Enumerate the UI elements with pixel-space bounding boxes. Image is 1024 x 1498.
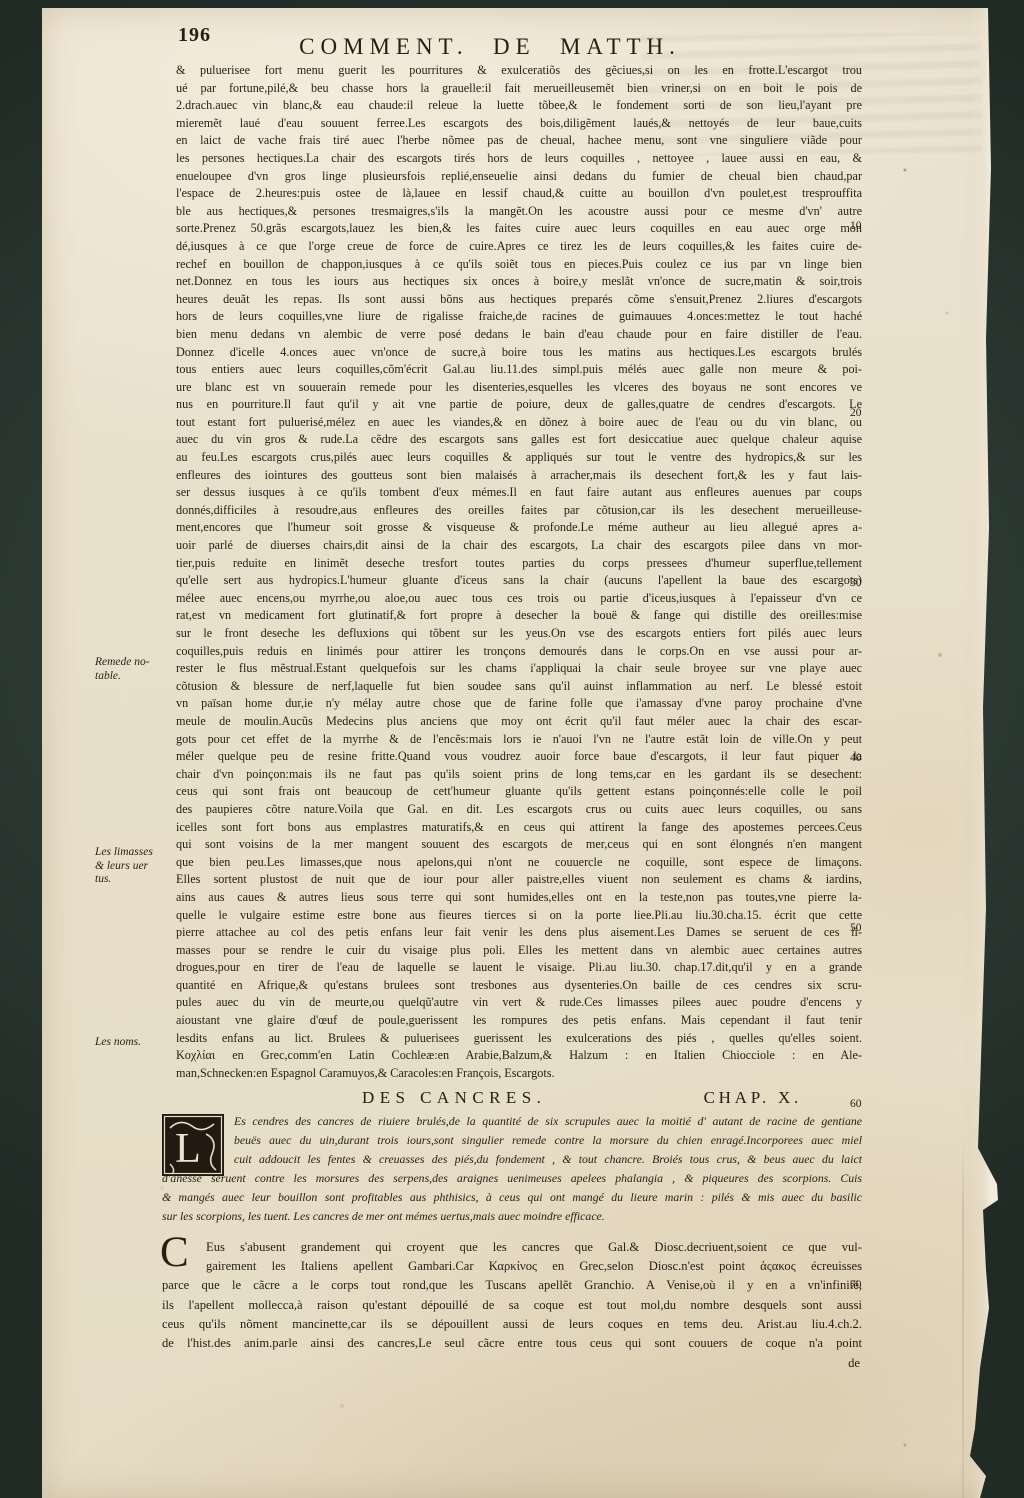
book-page: 196 COMMENT. DE MATTH. & puluerisee fort… <box>42 8 998 1498</box>
text-line: nus en pourriture.Il faut qu'il y ait vn… <box>176 396 862 414</box>
text-line: des paupieres cõtre nature.Voila que Gal… <box>176 801 862 819</box>
body-text: & puluerisee fort menu guerit les pourri… <box>176 62 862 1082</box>
paragraph-line: parce que le cãcre a le corps tout rond,… <box>162 1276 862 1295</box>
text-line: uoir parlé de diuerses chairs,dit ainsi … <box>176 537 862 555</box>
text-line: gots pour cet effet de la myrrhe & de l'… <box>176 731 862 749</box>
paragraph-line: ils l'apellent mollecca,à raison qu'esta… <box>162 1296 862 1315</box>
text-line: hors de leurs coquilles,vne liure de rig… <box>176 308 862 326</box>
deckle-edge <box>968 8 998 1498</box>
chapter-heading: DES CANCRES. CHAP. X. <box>162 1088 862 1108</box>
line-number: 20 <box>850 407 862 419</box>
text-line: tous entiers auec leurs coquilles,cõm'éc… <box>176 361 862 379</box>
text-line: mieremẽt laué d'eau souuent ferree.Les e… <box>176 115 862 133</box>
text-line: coquilles,puis reduis en linimés pour at… <box>176 643 862 661</box>
paragraph-line: ceus qu'ils nõment mancinette,car ils se… <box>162 1315 862 1334</box>
text-line: rat,est vn medicament fort glutinatif,& … <box>176 607 862 625</box>
text-line: enueloupee d'vn gros linge plusieursfois… <box>176 168 862 186</box>
text-line: quelle le vulgaire estime estre bone aus… <box>176 907 862 925</box>
margin-note-remede-notable: Remede no-table. <box>95 656 179 683</box>
text-line: cõtusion & blessure de nerf,laquelle fut… <box>176 678 862 696</box>
text-line: bien menu dedans vn alembic de verre pos… <box>176 326 862 344</box>
text-line: net.Donnez en tous les iours aus hectiqu… <box>176 273 862 291</box>
text-line: ment,encores que l'humeur soit grosse & … <box>176 519 862 537</box>
margin-note-line: & leurs uer <box>95 860 179 874</box>
intro-line: sur les scorpions, les tuent. Les cancre… <box>162 1207 862 1226</box>
text-line: tier,puis reduite en linimẽt deseche tre… <box>176 555 862 573</box>
commentary-paragraph: C Eus s'abusent grandement qui croyent q… <box>162 1238 862 1371</box>
text-line: man,Schnecken:en Espagnol Caramuyos,& Ca… <box>176 1065 862 1083</box>
paper-crease <box>962 1138 964 1498</box>
text-line: Elles sortent plustost de nuit que de io… <box>176 871 862 889</box>
intro-line: Es cendres des cancres de riuiere brulés… <box>234 1112 862 1131</box>
text-line: 2.drach.auec vin blanc,& eau chaude:il r… <box>176 97 862 115</box>
margin-note-les-limasses: Les limasses& leurs uertus. <box>95 846 179 887</box>
text-line: Κοχλίαι en Grec,comm'en Latin Cochleæ:en… <box>176 1047 862 1065</box>
text-line: mélee auec encens,ou myrrhe,ou aloe,ou a… <box>176 590 862 608</box>
text-line: tout estant fort puluerisé,mélez en auec… <box>176 414 862 432</box>
intro-line: beuës auec du uin,durant trois iours,son… <box>234 1131 862 1150</box>
text-line: ains aus caues & autres lieus sous terre… <box>176 889 862 907</box>
paragraph-line: de l'hist.des anim.parle ainsi des cancr… <box>162 1334 862 1353</box>
text-line: Donnez d'icelle 4.onces auec vn'once de … <box>176 344 862 362</box>
text-line: drogues,pour en tirer de l'eau de laquel… <box>176 959 862 977</box>
text-line: chair d'vn poinçon:mais ils ne faut pas … <box>176 766 862 784</box>
drop-cap-initial: C <box>160 1231 189 1274</box>
running-title: COMMENT. DE MATTH. <box>42 34 938 60</box>
text-line: auec du vin gros & rude.La cẽdre des esc… <box>176 431 862 449</box>
text-line: & puluerisee fort menu guerit les pourri… <box>176 62 862 80</box>
paragraph-line: Eus s'abusent grandement qui croyent que… <box>206 1238 862 1257</box>
margin-note-line: tus. <box>95 873 179 887</box>
text-line: donnés,difficiles à resoudre,aus enfleur… <box>176 502 862 520</box>
catchword: de <box>162 1356 862 1371</box>
text-line: rester le flus mẽstrual.Estant quelquefo… <box>176 660 862 678</box>
text-line: heures deuãt les repas. Ils sont aussi b… <box>176 291 862 309</box>
margin-note-line: Remede no- <box>95 656 179 670</box>
intro-line: & mangés auec leur bouillon sont profita… <box>162 1188 862 1207</box>
chapter-title: DES CANCRES. <box>362 1088 546 1108</box>
text-line: quantité en Afrique,& qu'estans brulees … <box>176 977 862 995</box>
margin-note-line: Les noms. <box>95 1036 179 1050</box>
margin-note-line: table. <box>95 670 179 684</box>
text-line: dé,iusques à ce que l'orge creue de forc… <box>176 238 862 256</box>
text-line: qui sont voisins de la mer mangent souue… <box>176 836 862 854</box>
text-line: ble aus hectiques,& persones tresmaigres… <box>176 203 862 221</box>
margin-note-les-noms: Les noms. <box>95 1036 179 1050</box>
text-line: l'espace de 2.heures:puis ostee de là,la… <box>176 185 862 203</box>
text-line: pules auec du vin de meurte,ou quelqũ'au… <box>176 994 862 1012</box>
margin-note-line: Les limasses <box>95 846 179 860</box>
text-line: pierre attachee au col des petis enfans … <box>176 924 862 942</box>
text-line: meule de moulin.Aucũs Medecins plus anci… <box>176 713 862 731</box>
text-line: masses pour se rendre le cuir du visaige… <box>176 942 862 960</box>
text-line: au feu.Les escargots crus,pilés auec leu… <box>176 449 862 467</box>
line-number: 40 <box>850 752 862 764</box>
text-line: ure blanc est vn souuerain remede pour l… <box>176 379 862 397</box>
line-number: 10 <box>850 220 862 232</box>
text-line: ceus qui sont frais ont beaucoup de cett… <box>176 783 862 801</box>
line-number: 50 <box>850 922 862 934</box>
intro-line: cuit addoucit les fentes & creuasses des… <box>234 1150 862 1169</box>
text-line: qu'elle sert aus hydropics.L'humeur glua… <box>176 572 862 590</box>
text-line: enfleures des iointures des goutteus son… <box>176 467 862 485</box>
text-line: en laict de vache frais tiré auec l'herb… <box>176 132 862 150</box>
text-line: rechef en bouillon de chappon,iusques à … <box>176 256 862 274</box>
text-line: icelles sont fort bons aus emplastres ma… <box>176 819 862 837</box>
text-line: ué par fortune,pilé,& beu chasse hors la… <box>176 80 862 98</box>
text-line: lesdits enfans au lict. Brulees & puluer… <box>176 1030 862 1048</box>
text-line: vn païsan home dur,ie n'y mélay autre ch… <box>176 695 862 713</box>
text-line: ser dessus iusques à ce qu'ils tombent d… <box>176 484 862 502</box>
text-line: sur le front deseche les defluxions qui … <box>176 625 862 643</box>
chapter-intro: Es cendres des cancres de riuiere brulés… <box>162 1112 862 1226</box>
text-line: les persones hectiques.La chair des esca… <box>176 150 862 168</box>
paragraph-line: gairement les Italiens apellent Gambari.… <box>206 1257 862 1276</box>
chapter-number: CHAP. X. <box>704 1088 802 1108</box>
background: { "colors":{"background":"#2b3832","pape… <box>0 0 1024 1498</box>
text-line: aioustant vne glaire d'œuf de poule,guer… <box>176 1012 862 1030</box>
text-line: sorte.Prenez 50.grãs escargots,lauez les… <box>176 220 862 238</box>
text-line: que bien peu.Les limasses,que nous apelo… <box>176 854 862 872</box>
line-number: 30 <box>850 577 862 589</box>
paragraph-lines: Eus s'abusent grandement qui croyent que… <box>162 1238 862 1353</box>
intro-line: d'anesse seruent contre les morsures des… <box>162 1169 862 1188</box>
text-line: méler quelque peu de resine fritte.Quand… <box>176 748 862 766</box>
